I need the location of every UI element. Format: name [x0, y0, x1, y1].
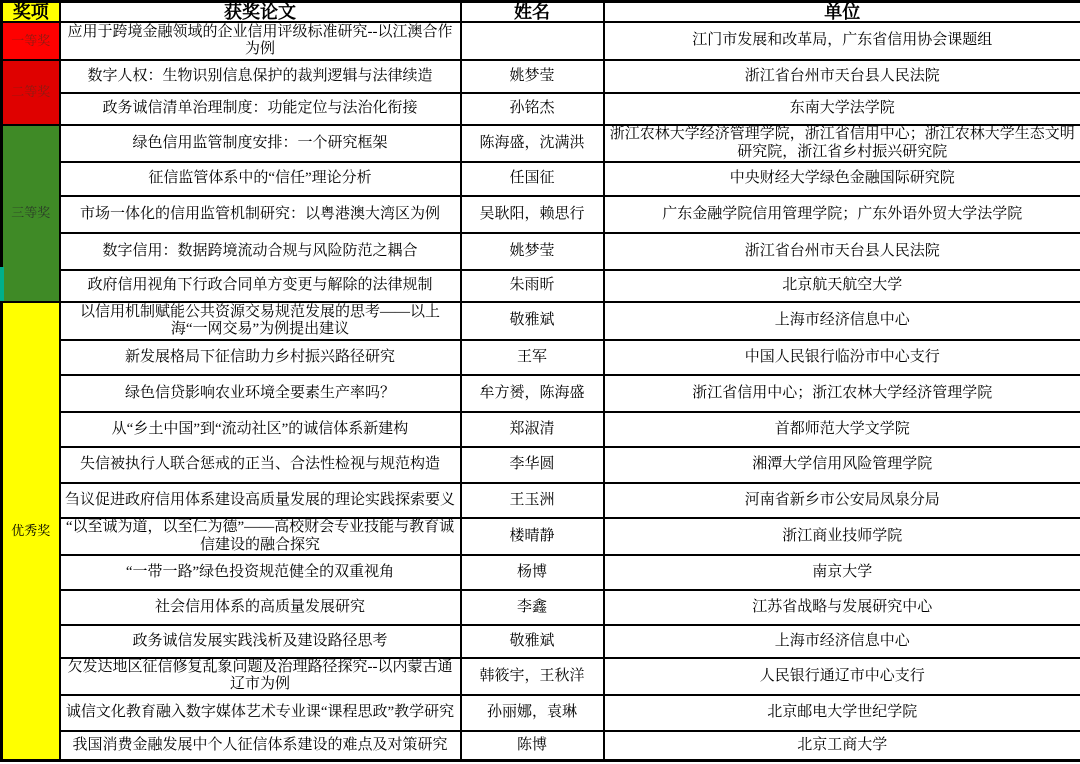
paper-cell: 失信被执行人联合惩戒的正当、合法性检视与规范构造: [60, 447, 461, 483]
col-header-org: 单位: [604, 2, 1080, 23]
award-cell-third-prize: 三等奖: [2, 125, 60, 302]
org-cell: 浙江省信用中心；浙江农林大学经济管理学院: [604, 375, 1080, 412]
name-cell: 朱雨昕: [461, 270, 604, 302]
org-cell: 浙江省台州市天台县人民法院: [604, 60, 1080, 93]
name-cell: 杨博: [461, 555, 604, 590]
paper-cell: “以至诚为道，以至仁为德”——高校财会专业技能与教育诚信建设的融合探究: [60, 518, 461, 555]
paper-cell: 诚信文化教育融入数字媒体艺术专业课“课程思政”教学研究: [60, 695, 461, 731]
name-cell: 敬雅斌: [461, 302, 604, 340]
table-row: 欠发达地区征信修复乱象问题及治理路径探究--以内蒙古通辽市为例韩筱宇，王秋洋人民…: [2, 658, 1080, 695]
name-cell: 李华圆: [461, 447, 604, 483]
paper-cell: 以信用机制赋能公共资源交易规范发展的思考——以上海“一网交易”为例提出建议: [60, 302, 461, 340]
name-cell: 楼晴静: [461, 518, 604, 555]
paper-cell: 市场一体化的信用监管机制研究：以粤港澳大湾区为例: [60, 196, 461, 233]
org-cell: 首都师范大学文学院: [604, 412, 1080, 447]
org-cell: 江门市发展和改革局，广东省信用协会课题组: [604, 22, 1080, 60]
col-header-award: 奖项: [2, 2, 60, 23]
org-cell: 浙江省台州市天台县人民法院: [604, 233, 1080, 270]
paper-cell: “一带一路”绿色投资规范健全的双重视角: [60, 555, 461, 590]
table-row: 三等奖绿色信用监管制度安排：一个研究框架陈海盛，沈满洪浙江农林大学经济管理学院，…: [2, 125, 1080, 162]
name-cell: 李鑫: [461, 590, 604, 625]
name-cell: 陈海盛，沈满洪: [461, 125, 604, 162]
paper-cell: 数字信用：数据跨境流动合规与风险防范之耦合: [60, 233, 461, 270]
table-row: 征信监管体系中的“信任”理论分析任国征中央财经大学绿色金融国际研究院: [2, 162, 1080, 196]
paper-cell: 欠发达地区征信修复乱象问题及治理路径探究--以内蒙古通辽市为例: [60, 658, 461, 695]
table-row: 刍议促进政府信用体系建设高质量发展的理论实践探索要义王玉洲河南省新乡市公安局凤泉…: [2, 483, 1080, 518]
name-cell: 孙铭杰: [461, 93, 604, 125]
table-row: 新发展格局下征信助力乡村振兴路径研究王军中国人民银行临汾市中心支行: [2, 340, 1080, 375]
org-cell: 浙江商业技师学院: [604, 518, 1080, 555]
name-cell: 陈博: [461, 731, 604, 761]
table-row: 政务诚信清单治理制度：功能定位与法治化衔接孙铭杰东南大学法学院: [2, 93, 1080, 125]
paper-cell: 应用于跨境金融领域的企业信用评级标准研究--以江澳合作为例: [60, 22, 461, 60]
name-cell: 牟方赟，陈海盛: [461, 375, 604, 412]
paper-cell: 刍议促进政府信用体系建设高质量发展的理论实践探索要义: [60, 483, 461, 518]
table-row: 一等奖应用于跨境金融领域的企业信用评级标准研究--以江澳合作为例江门市发展和改革…: [2, 22, 1080, 60]
name-cell: 姚梦莹: [461, 60, 604, 93]
org-cell: 浙江农林大学经济管理学院，浙江省信用中心；浙江农林大学生态文明研究院，浙江省乡村…: [604, 125, 1080, 162]
header-row: 奖项 获奖论文 姓名 单位: [2, 2, 1080, 23]
table-row: 我国消费金融发展中个人征信体系建设的难点及对策研究陈博北京工商大学: [2, 731, 1080, 761]
org-cell: 中国人民银行临汾市中心支行: [604, 340, 1080, 375]
table-row: “以至诚为道，以至仁为德”——高校财会专业技能与教育诚信建设的融合探究楼晴静浙江…: [2, 518, 1080, 555]
org-cell: 河南省新乡市公安局凤泉分局: [604, 483, 1080, 518]
col-header-paper: 获奖论文: [60, 2, 461, 23]
org-cell: 湘潭大学信用风险管理学院: [604, 447, 1080, 483]
award-table: 奖项 获奖论文 姓名 单位 一等奖应用于跨境金融领域的企业信用评级标准研究--以…: [0, 0, 1080, 762]
name-cell: 韩筱宇，王秋洋: [461, 658, 604, 695]
name-cell: 王军: [461, 340, 604, 375]
table-row: 绿色信贷影响农业环境全要素生产率吗？牟方赟，陈海盛浙江省信用中心；浙江农林大学经…: [2, 375, 1080, 412]
org-cell: 人民银行通辽市中心支行: [604, 658, 1080, 695]
paper-cell: 政府信用视角下行政合同单方变更与解除的法律规制: [60, 270, 461, 302]
table-body: 一等奖应用于跨境金融领域的企业信用评级标准研究--以江澳合作为例江门市发展和改革…: [2, 22, 1080, 761]
org-cell: 上海市经济信息中心: [604, 625, 1080, 658]
name-cell: 郑淑清: [461, 412, 604, 447]
table-row: 从“乡土中国”到“流动社区”的诚信体系新建构郑淑清首都师范大学文学院: [2, 412, 1080, 447]
name-cell: 吴耿阳，赖思行: [461, 196, 604, 233]
org-cell: 东南大学法学院: [604, 93, 1080, 125]
award-cell-second-prize: 二等奖: [2, 60, 60, 125]
paper-cell: 政务诚信发展实践浅析及建设路径思考: [60, 625, 461, 658]
col-header-name: 姓名: [461, 2, 604, 23]
paper-cell: 数字人权：生物识别信息保护的裁判逻辑与法律续造: [60, 60, 461, 93]
table-row: 二等奖数字人权：生物识别信息保护的裁判逻辑与法律续造姚梦莹浙江省台州市天台县人民…: [2, 60, 1080, 93]
paper-cell: 从“乡土中国”到“流动社区”的诚信体系新建构: [60, 412, 461, 447]
table-row: 政务诚信发展实践浅析及建设路径思考敬雅斌上海市经济信息中心: [2, 625, 1080, 658]
award-cell-excellence: 优秀奖: [2, 302, 60, 761]
paper-cell: 绿色信贷影响农业环境全要素生产率吗？: [60, 375, 461, 412]
paper-cell: 社会信用体系的高质量发展研究: [60, 590, 461, 625]
name-cell: 敬雅斌: [461, 625, 604, 658]
name-cell: 孙丽娜，袁琳: [461, 695, 604, 731]
table-row: 失信被执行人联合惩戒的正当、合法性检视与规范构造李华圆湘潭大学信用风险管理学院: [2, 447, 1080, 483]
paper-cell: 征信监管体系中的“信任”理论分析: [60, 162, 461, 196]
name-cell: 姚梦莹: [461, 233, 604, 270]
org-cell: 北京航天航空大学: [604, 270, 1080, 302]
org-cell: 北京工商大学: [604, 731, 1080, 761]
table-row: 政府信用视角下行政合同单方变更与解除的法律规制朱雨昕北京航天航空大学: [2, 270, 1080, 302]
org-cell: 江苏省战略与发展研究中心: [604, 590, 1080, 625]
table-row: 优秀奖以信用机制赋能公共资源交易规范发展的思考——以上海“一网交易”为例提出建议…: [2, 302, 1080, 340]
name-cell: [461, 22, 604, 60]
paper-cell: 政务诚信清单治理制度：功能定位与法治化衔接: [60, 93, 461, 125]
table-row: 数字信用：数据跨境流动合规与风险防范之耦合姚梦莹浙江省台州市天台县人民法院: [2, 233, 1080, 270]
name-cell: 王玉洲: [461, 483, 604, 518]
paper-cell: 我国消费金融发展中个人征信体系建设的难点及对策研究: [60, 731, 461, 761]
award-table-screenshot: 奖项 获奖论文 姓名 单位 一等奖应用于跨境金融领域的企业信用评级标准研究--以…: [0, 0, 1080, 764]
table-row: 诚信文化教育融入数字媒体艺术专业课“课程思政”教学研究孙丽娜，袁琳北京邮电大学世…: [2, 695, 1080, 731]
award-cell-first-prize: 一等奖: [2, 22, 60, 60]
table-row: 社会信用体系的高质量发展研究李鑫江苏省战略与发展研究中心: [2, 590, 1080, 625]
paper-cell: 绿色信用监管制度安排：一个研究框架: [60, 125, 461, 162]
org-cell: 北京邮电大学世纪学院: [604, 695, 1080, 731]
name-cell: 任国征: [461, 162, 604, 196]
org-cell: 上海市经济信息中心: [604, 302, 1080, 340]
table-row: 市场一体化的信用监管机制研究：以粤港澳大湾区为例吴耿阳，赖思行广东金融学院信用管…: [2, 196, 1080, 233]
org-cell: 南京大学: [604, 555, 1080, 590]
paper-cell: 新发展格局下征信助力乡村振兴路径研究: [60, 340, 461, 375]
org-cell: 广东金融学院信用管理学院；广东外语外贸大学法学院: [604, 196, 1080, 233]
table-row: “一带一路”绿色投资规范健全的双重视角杨博南京大学: [2, 555, 1080, 590]
edge-artifact-strip: [0, 267, 4, 301]
org-cell: 中央财经大学绿色金融国际研究院: [604, 162, 1080, 196]
